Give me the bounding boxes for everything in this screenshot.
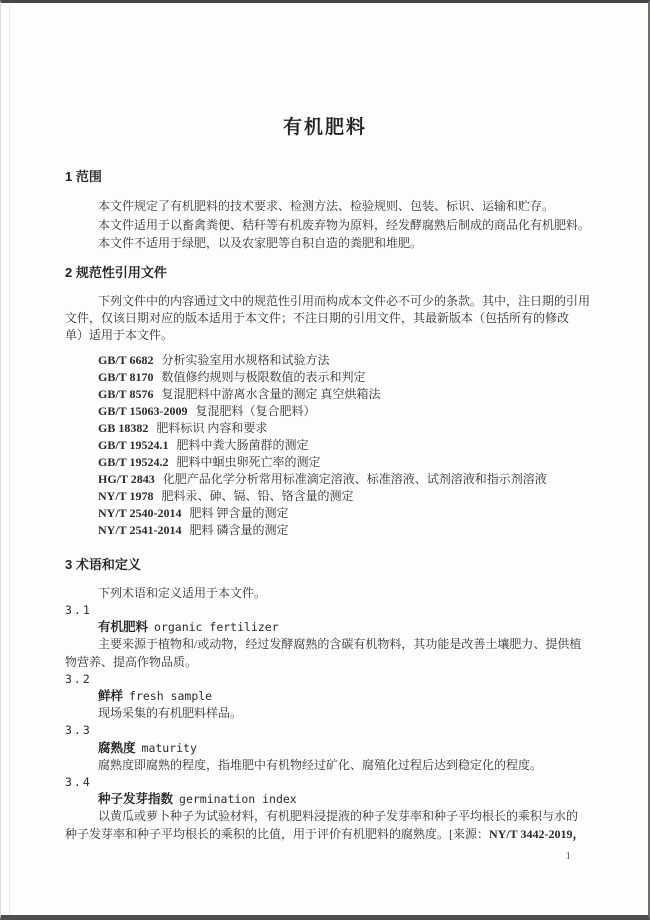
term-definition: 以黄瓜或萝卜种子为试验材料，有机肥料浸提液的种子发芽率和种子平均根长的乘积与水的: [65, 808, 585, 825]
section-2-intro: 下列文件中的内容通过文中的规范性引用而构成本文件必不可少的条款。其中，注日期的引…: [65, 293, 585, 344]
paragraph-line: 本文件适用于以畜禽粪便、秸秆等有机废弃物为原料，经发酵腐熟后制成的商品化有机肥料…: [65, 216, 585, 235]
terms-intro: 下列术语和定义适用于本文件。: [65, 585, 585, 602]
reference-item: GB/T 19524.1肥料中粪大肠菌群的测定: [65, 437, 585, 454]
term-block-3-4: 3.4 种子发芽指数germination index 以黄瓜或萝卜种子为试验材…: [65, 774, 585, 843]
term-number: 3.3: [65, 722, 585, 739]
section-1-body: 本文件规定了有机肥料的技术要求、检测方法、检验规则、包装、标识、运输和贮存。 本…: [65, 197, 585, 253]
term-name-en: fresh sample: [129, 689, 212, 703]
source-reference: NY/T 3442-2019，: [489, 827, 584, 841]
reference-item: NY/T 2540-2014肥料 钾含量的测定: [65, 505, 585, 522]
reference-item: GB/T 15063-2009复混肥料（复合肥料）: [65, 403, 585, 420]
term-definition: 种子发芽率和种子平均根长的乘积的比值，用于评价有机肥料的腐熟度。[来源：NY/T…: [65, 826, 585, 843]
term-definition: 现场采集的有机肥料样品。: [65, 705, 585, 722]
reference-title: 复混肥料中游离水含量的测定 真空烘箱法: [161, 387, 380, 401]
reference-code: GB/T 19524.1: [98, 438, 168, 452]
paragraph-line: 单）适用于本文件。: [65, 327, 585, 344]
page-number: 1: [566, 849, 572, 863]
reference-item: GB 18382肥料标识 内容和要求: [65, 420, 585, 437]
reference-item: GB/T 19524.2肥料中蛔虫卵死亡率的测定: [65, 454, 585, 471]
term-number: 3.4: [65, 774, 585, 791]
term-number: 3.2: [65, 671, 585, 688]
reference-title: 肥料标识 内容和要求: [156, 421, 267, 435]
term-block-3-1: 3.1 有机肥料organic fertilizer 主要来源于植物和/或动物，…: [65, 602, 585, 671]
reference-code: NY/T 2541-2014: [98, 523, 181, 537]
reference-title: 分析实验室用水规格和试验方法: [161, 353, 329, 367]
reference-code: GB/T 19524.2: [98, 455, 168, 469]
term-name-zh: 腐熟度: [98, 741, 136, 755]
term-name-zh: 有机肥料: [98, 620, 148, 634]
term-definition-text: 种子发芽率和种子平均根长的乘积的比值，用于评价有机肥料的腐熟度。[来源：: [65, 827, 489, 841]
term-name-zh: 种子发芽指数: [98, 792, 173, 806]
reference-title: 肥料汞、砷、镉、铅、铬含量的测定: [161, 489, 353, 503]
reference-item: GB/T 8170数值修约规则与极限数值的表示和判定: [65, 369, 585, 386]
paragraph-line: 本文件不适用于绿肥，以及农家肥等自积自造的粪肥和堆肥。: [65, 234, 585, 253]
term-name-zh: 鲜样: [98, 689, 123, 703]
document-title: 有机肥料: [65, 113, 585, 143]
term-heading: 腐熟度maturity: [65, 740, 585, 757]
document-page: 有机肥料 1 范围 本文件规定了有机肥料的技术要求、检测方法、检验规则、包装、标…: [0, 0, 650, 920]
reference-title: 数值修约规则与极限数值的表示和判定: [161, 370, 365, 384]
reference-code: GB/T 15063-2009: [98, 404, 187, 418]
term-heading: 鲜样fresh sample: [65, 688, 585, 705]
reference-code: GB/T 8170: [98, 370, 153, 384]
scan-edge-line: [9, 3, 10, 915]
reference-item: NY/T 1978肥料汞、砷、镉、铅、铬含量的测定: [65, 488, 585, 505]
section-2-heading: 2 规范性引用文件: [65, 264, 585, 282]
term-block-3-2: 3.2 鲜样fresh sample 现场采集的有机肥料样品。: [65, 671, 585, 723]
reference-code: NY/T 2540-2014: [98, 506, 181, 520]
paragraph-line: 文件，仅该日期对应的版本适用于本文件；不注日期的引用文件，其最新版本（包括所有的…: [65, 310, 585, 327]
term-block-3-3: 3.3 腐熟度maturity 腐熟度即腐熟的程度，指堆肥中有机物经过矿化、腐殖…: [65, 722, 585, 774]
term-definition: 腐熟度即腐熟的程度，指堆肥中有机物经过矿化、腐殖化过程后达到稳定化的程度。: [65, 757, 585, 774]
paragraph-line: 下列文件中的内容通过文中的规范性引用而构成本文件必不可少的条款。其中，注日期的引…: [65, 293, 585, 310]
term-definition: 主要来源于植物和/或动物，经过发酵腐熟的含碳有机物料，其功能是改善土壤肥力、提供…: [65, 636, 585, 653]
reference-code: GB 18382: [98, 421, 148, 435]
section-1-heading: 1 范围: [65, 168, 585, 186]
reference-item: HG/T 2843化肥产品化学分析常用标准滴定溶液、标准溶液、试剂溶液和指示剂溶…: [65, 471, 585, 488]
paragraph-line: 本文件规定了有机肥料的技术要求、检测方法、检验规则、包装、标识、运输和贮存。: [65, 197, 585, 216]
reference-item: GB/T 8576复混肥料中游离水含量的测定 真空烘箱法: [65, 386, 585, 403]
term-name-en: maturity: [142, 741, 197, 755]
reference-title: 复混肥料（复合肥料）: [195, 404, 315, 418]
reference-title: 肥料中蛔虫卵死亡率的测定: [176, 455, 320, 469]
reference-title: 肥料中粪大肠菌群的测定: [176, 438, 308, 452]
reference-code: HG/T 2843: [98, 472, 155, 486]
reference-title: 肥料 磷含量的测定: [189, 523, 288, 537]
reference-code: NY/T 1978: [98, 489, 153, 503]
reference-item: GB/T 6682分析实验室用水规格和试验方法: [65, 352, 585, 369]
term-number: 3.1: [65, 602, 585, 619]
term-definition: 物营养、提高作物品质。: [65, 654, 585, 671]
term-heading: 种子发芽指数germination index: [65, 791, 585, 808]
reference-title: 化肥产品化学分析常用标准滴定溶液、标准溶液、试剂溶液和指示剂溶液: [163, 472, 547, 486]
term-name-en: organic fertilizer: [154, 620, 279, 634]
term-name-en: germination index: [179, 792, 297, 806]
section-3-heading: 3 术语和定义: [65, 556, 585, 574]
reference-code: GB/T 8576: [98, 387, 153, 401]
reference-item: NY/T 2541-2014肥料 磷含量的测定: [65, 522, 585, 539]
term-heading: 有机肥料organic fertilizer: [65, 619, 585, 636]
normative-references-list: GB/T 6682分析实验室用水规格和试验方法 GB/T 8170数值修约规则与…: [65, 352, 585, 539]
reference-code: GB/T 6682: [98, 353, 153, 367]
reference-title: 肥料 钾含量的测定: [189, 506, 288, 520]
